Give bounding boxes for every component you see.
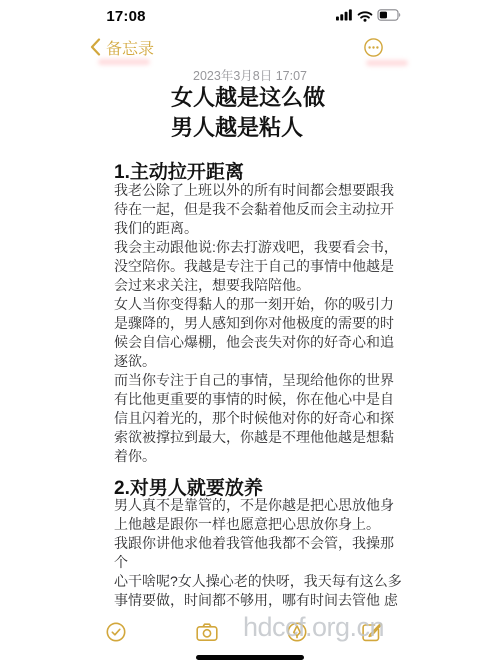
home-indicator[interactable] (196, 655, 304, 660)
ellipsis-icon (368, 46, 378, 48)
status-icons (336, 7, 402, 23)
status-time: 17:08 (100, 8, 152, 25)
section-1-heading: 1.主动拉开距离 (114, 157, 244, 184)
crop-artifact-left (98, 59, 150, 65)
chevron-left-icon (90, 38, 101, 56)
wifi-icon (359, 12, 372, 21)
checkmark-circle-icon (107, 623, 124, 640)
battery-icon (378, 10, 400, 20)
note-date: 2023年3月8日 17:07 (0, 66, 500, 84)
note-title: 女人越是这么做 男人越是粘人 (171, 83, 325, 143)
camera-icon (197, 624, 217, 640)
cellular-signal-icon (336, 9, 352, 20)
back-button-label: 备忘录 (106, 36, 154, 59)
camera-button[interactable] (194, 619, 220, 645)
back-button-notes[interactable]: 备忘录 (90, 36, 154, 58)
section-1-body: 我老公除了上班以外的所有时间都会想要跟我 待在一起，但是我不会黏着他反而会主动拉… (114, 181, 414, 466)
more-options-button[interactable] (364, 38, 383, 57)
checklist-button[interactable] (103, 619, 129, 645)
section-2-body: 男人真不是靠管的，不是你越是把心思放他身 上他越是跟你一样也愿意把心思放你身上。… (114, 496, 414, 610)
watermark-text: hdccf.org.cn (243, 612, 384, 643)
